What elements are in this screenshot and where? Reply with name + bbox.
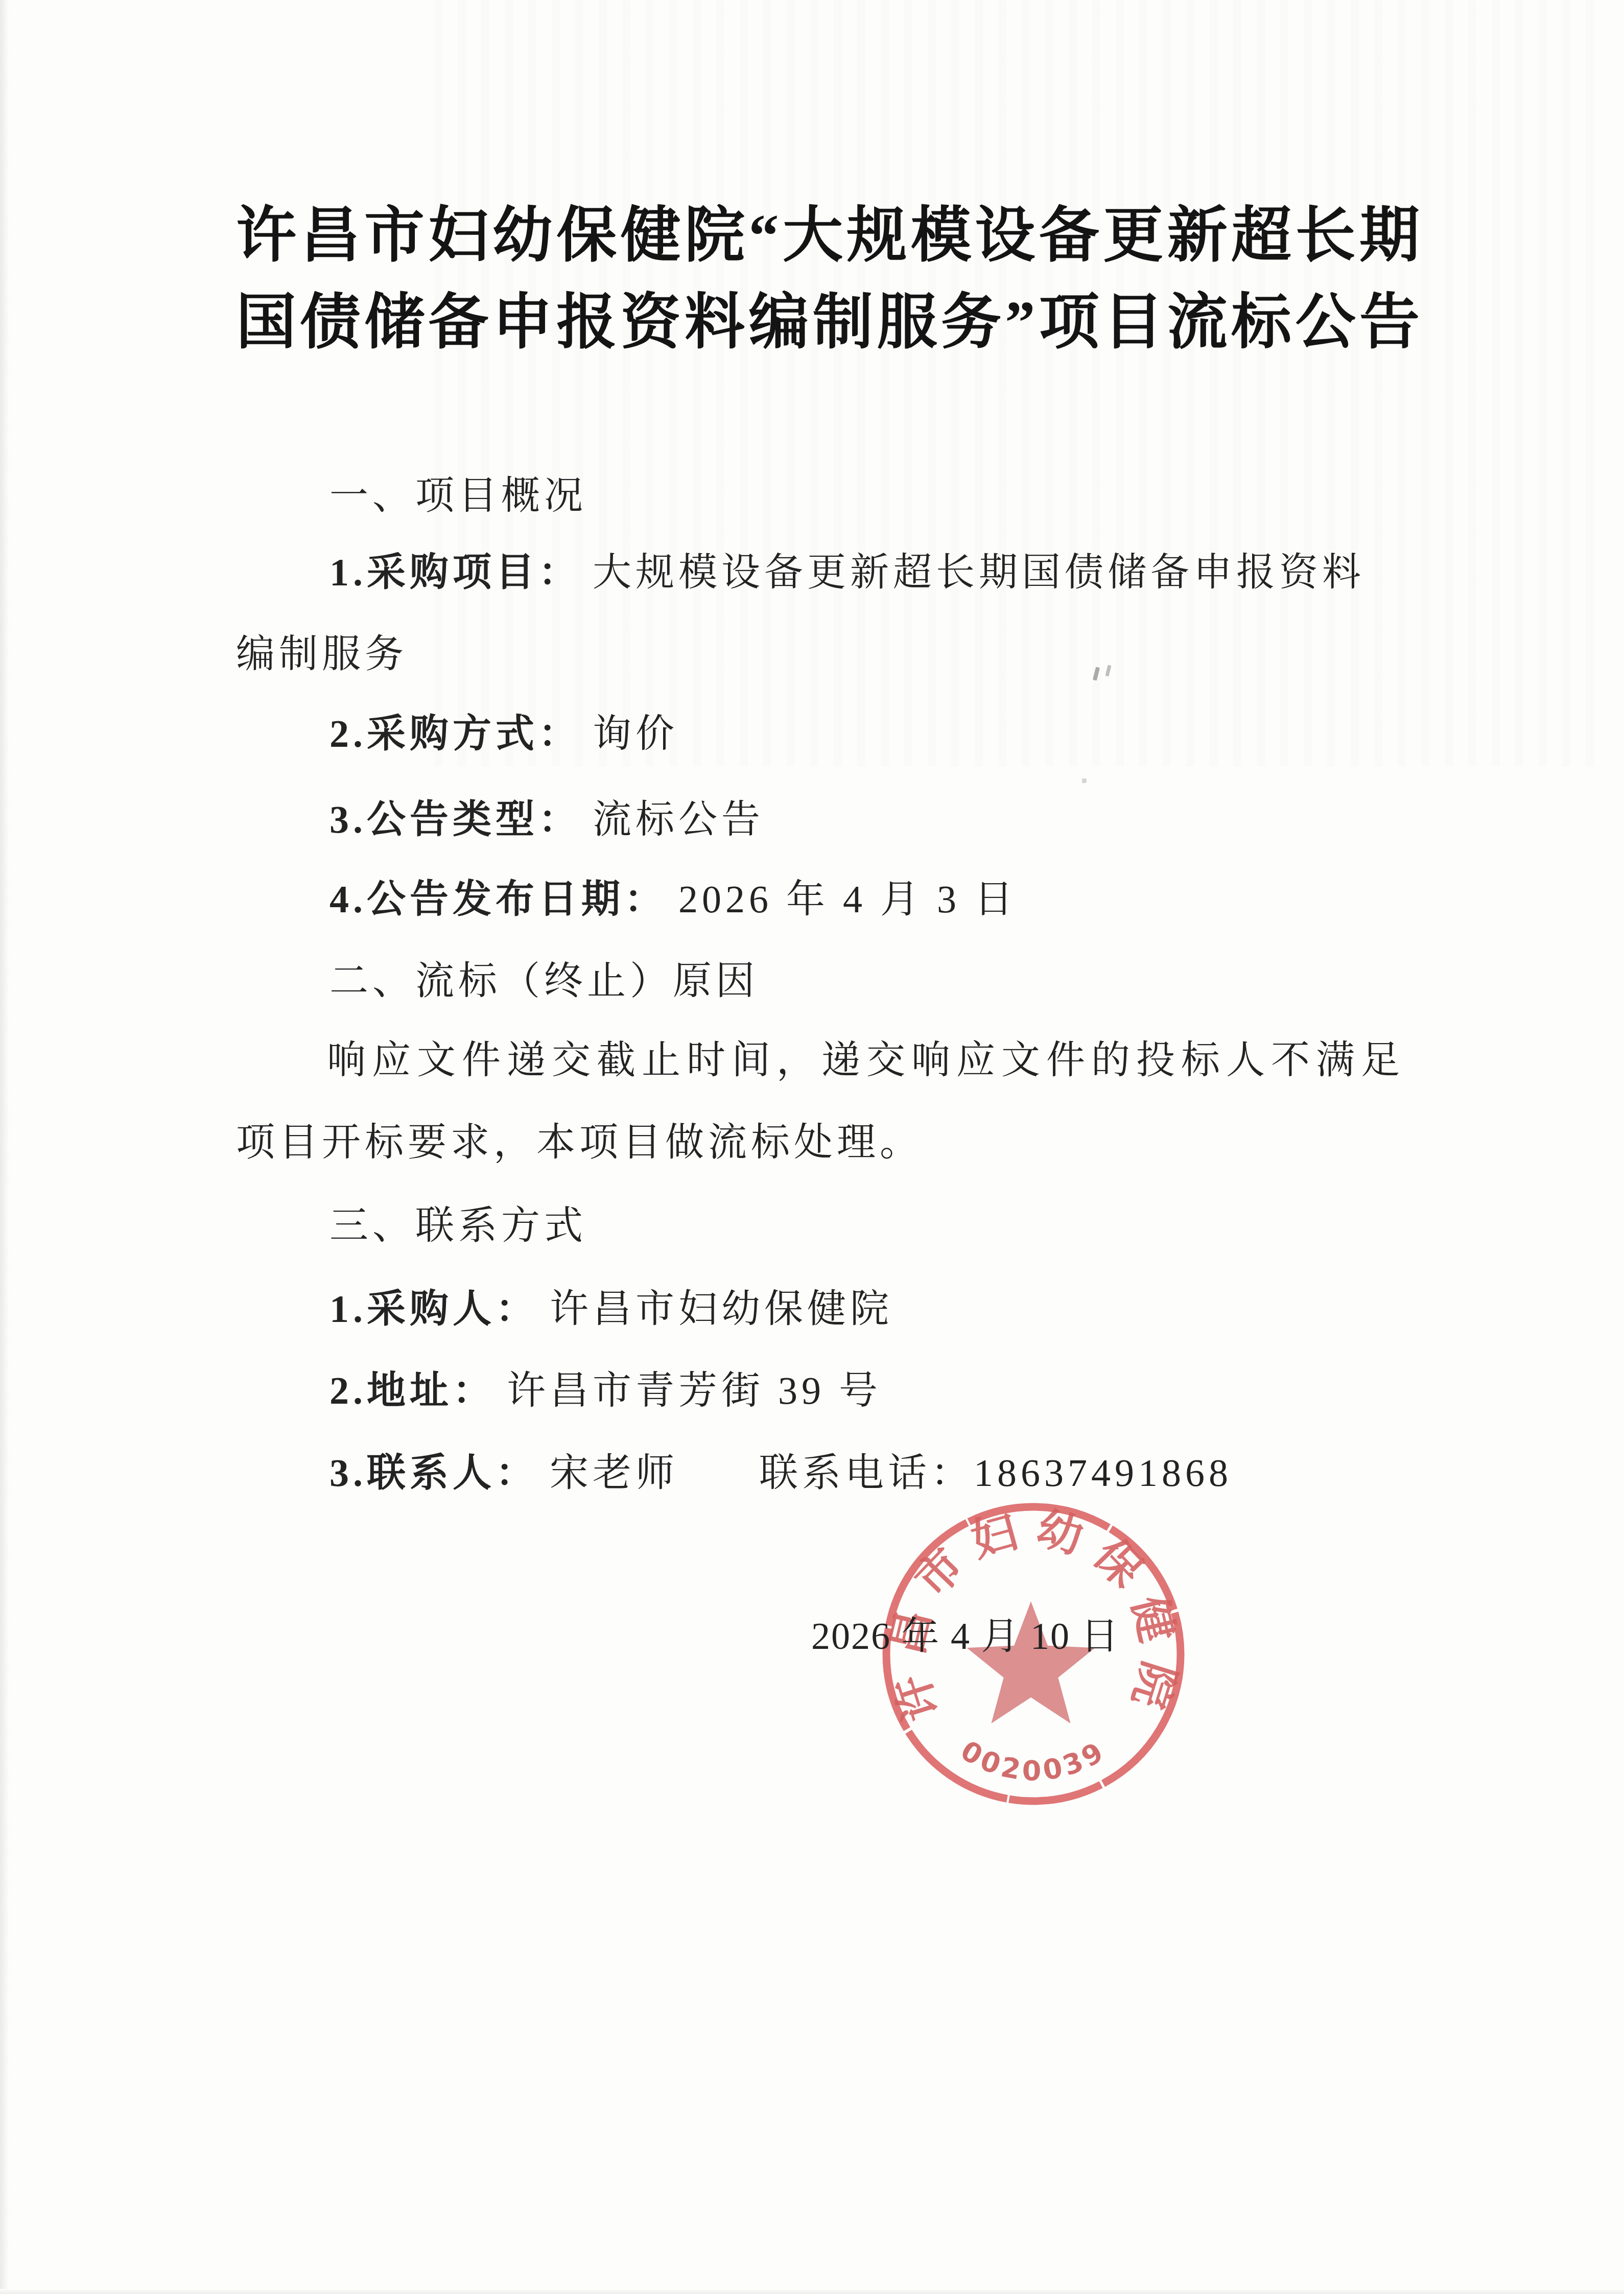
procurement-method-label: 2.采购方式：: [329, 713, 581, 755]
procurement-method-line: 2.采购方式：询价: [329, 712, 678, 756]
purchaser-line: 1.采购人：许昌市妇幼保健院: [329, 1287, 893, 1332]
official-seal-graphic: 许昌市妇幼保健院 4110020039759: [848, 1477, 1216, 1845]
section-2-heading: 二、流标（终止）原因: [329, 959, 759, 1004]
scan-speck: [1105, 665, 1111, 676]
contact-person-value: 宋老师: [550, 1452, 678, 1495]
procurement-project-label: 1.采购项目：: [329, 551, 581, 594]
scanned-document-page: 许昌市妇幼保健院“大规模设备更新超长期 国债储备申报资料编制服务”项目流标公告 …: [0, 0, 1624, 2294]
section-3-heading: 三、联系方式: [329, 1204, 587, 1248]
scan-streak-artifact: [434, 0, 1609, 766]
publish-date-line: 4.公告发布日期：2026 年 4 月 3 日: [329, 878, 1017, 922]
procurement-method-value: 询价: [593, 713, 678, 755]
scan-left-edge-artifact: [0, 0, 9, 2294]
purchaser-value: 许昌市妇幼保健院: [550, 1288, 893, 1331]
procurement-project-value: 大规模设备更新超长期国债储备申报资料: [593, 551, 1365, 594]
scan-bottom-edge-artifact: [0, 2289, 1624, 2294]
contact-person-label: 3.联系人：: [329, 1452, 538, 1495]
failure-reason-line-1: 响应文件递交截止时间，递交响应文件的投标人不满足: [327, 1038, 1406, 1083]
scan-speck: [1093, 667, 1100, 680]
scan-speck: [1082, 778, 1087, 783]
procurement-project-wrap: 编制服务: [236, 632, 408, 677]
signature-date: 2026 年 4 月 10 日: [811, 1615, 1120, 1659]
publish-date-value: 2026 年 4 月 3 日: [678, 878, 1017, 921]
document-title-line-2: 国债储备申报资料编制服务”项目流标公告: [236, 289, 1421, 357]
section-1-heading: 一、项目概况: [329, 474, 587, 518]
procurement-project-line: 1.采购项目：大规模设备更新超长期国债储备申报资料: [329, 551, 1365, 595]
announcement-type-line: 3.公告类型：流标公告: [329, 798, 764, 842]
document-title-line-1: 许昌市妇幼保健院“大规模设备更新超长期: [236, 202, 1421, 270]
announcement-type-label: 3.公告类型：: [329, 798, 581, 841]
address-label: 2.地址：: [329, 1369, 496, 1412]
publish-date-label: 4.公告发布日期：: [329, 878, 667, 921]
failure-reason-line-2: 项目开标要求，本项目做流标处理。: [236, 1121, 923, 1165]
announcement-type-value: 流标公告: [593, 798, 764, 841]
purchaser-label: 1.采购人：: [329, 1288, 538, 1331]
official-seal: 许昌市妇幼保健院 4110020039759: [848, 1477, 1216, 1845]
address-value: 许昌市青芳街 39 号: [507, 1369, 882, 1412]
address-line: 2.地址：许昌市青芳街 39 号: [329, 1369, 882, 1413]
